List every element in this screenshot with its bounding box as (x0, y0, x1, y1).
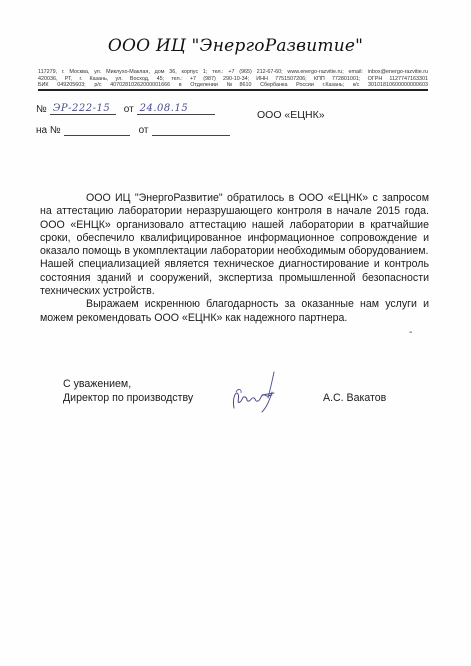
signer-name: А.С. Вакатов (323, 392, 386, 404)
outgoing-date-label: от (124, 104, 134, 115)
incoming-number-field (64, 122, 130, 136)
requisites-line-2: 420036, РТ, г. Казань, ул. Восход, 45; т… (38, 76, 428, 83)
recipient: ООО «ЕЦНК» (257, 109, 325, 121)
trailing-mark: - (409, 327, 412, 338)
outgoing-number-value: ЭР-222-15 (53, 103, 110, 114)
body-paragraph-2: Нашей специализацией является техническо… (40, 258, 429, 298)
body-paragraph-3: Выражаем искреннюю благодарность за оказ… (40, 298, 429, 325)
signer-position: Директор по производству (63, 392, 193, 406)
body-paragraph-1: ООО ИЦ "ЭнергоРазвитие" обратилось в ООО… (40, 192, 429, 258)
incoming-date-field (152, 122, 230, 136)
requisites-line-1: 117279, г. Москва, ул. Миклухо-Маклая, д… (38, 69, 428, 76)
closing-regards: С уважением, (63, 378, 193, 392)
letter-body: ООО ИЦ "ЭнергоРазвитие" обратилось в ООО… (40, 192, 429, 325)
header-divider (38, 89, 428, 91)
company-title: ООО ИЦ "ЭнергоРазвитие" (0, 36, 471, 56)
letter-page: ООО ИЦ "ЭнергоРазвитие" 117279, г. Москв… (0, 0, 471, 666)
requisites-line-3: БИК 049205603; р/с 40702810262000001666 … (38, 82, 428, 89)
incoming-number-label: на № (36, 125, 61, 136)
signature-icon (228, 368, 280, 414)
closing-block: С уважением, Директор по производству (63, 378, 193, 405)
incoming-registration: на № от (36, 122, 230, 136)
outgoing-number-label: № (36, 104, 47, 115)
outgoing-date-value: 24.08.15 (140, 103, 189, 114)
incoming-date-label: от (139, 125, 149, 136)
outgoing-number-field: ЭР-222-15 (50, 101, 116, 115)
outgoing-date-field: 24.08.15 (137, 101, 215, 115)
company-requisites: 117279, г. Москва, ул. Миклухо-Маклая, д… (38, 69, 428, 89)
outgoing-registration: № ЭР-222-15 от 24.08.15 (36, 101, 215, 115)
